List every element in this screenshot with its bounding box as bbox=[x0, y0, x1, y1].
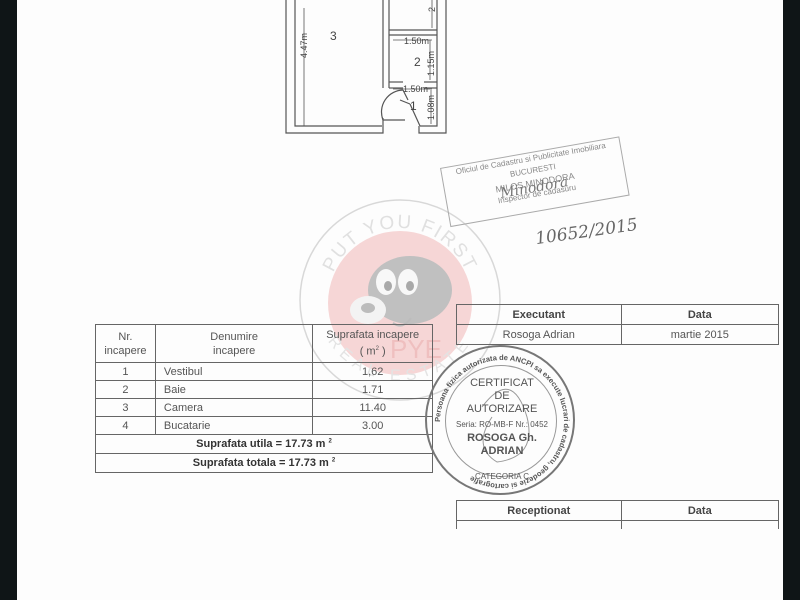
authorization-seal: Persoana fizica autorizata de ANCPI sa e… bbox=[425, 345, 575, 495]
seal-series: Seria: RO-MB-F Nr.: 0452 bbox=[427, 419, 577, 431]
executant-name: Rosoga Adrian bbox=[457, 325, 622, 345]
dim-room3-height: 4.47m bbox=[299, 33, 309, 58]
header-executant: Executant bbox=[457, 305, 622, 325]
total-area-row: Suprafata totala = 17.73 m 2 bbox=[96, 454, 433, 473]
table-row: 3 Camera 11.40 bbox=[96, 399, 433, 417]
seal-de: DE bbox=[427, 390, 577, 402]
room-table-header: Nr.incapere Denumireincapere Suprafata i… bbox=[96, 325, 433, 363]
room-1-label: 1 bbox=[410, 99, 417, 113]
executant-date: martie 2015 bbox=[621, 325, 778, 345]
header-room-area: Suprafata incapere( m2 ) bbox=[313, 325, 433, 363]
seal-name-line2: ADRIAN bbox=[427, 445, 577, 457]
room-2-label: 2 bbox=[414, 55, 421, 69]
dim-top-room-partial: 2 bbox=[427, 7, 437, 12]
header-date: Data bbox=[621, 305, 778, 325]
document-page: 4.47m 3 1.50m 1.15m 2 1.50m 1.08m 1 2 PU… bbox=[0, 0, 800, 600]
header-receptionat-date: Data bbox=[621, 501, 778, 521]
header-room-name: Denumireincapere bbox=[155, 325, 312, 363]
room-3-label: 3 bbox=[330, 29, 337, 43]
table-row: 1 Vestibul 1,62 bbox=[96, 363, 433, 381]
seal-category: CATEGORIA C bbox=[427, 471, 577, 483]
header-receptionat: Receptionat bbox=[457, 501, 622, 521]
dim-room1-height: 1.08m bbox=[426, 95, 436, 120]
seal-name-line1: ROSOGA Gh. bbox=[427, 432, 577, 444]
table-row: 4 Bucatarie 3.00 bbox=[96, 417, 433, 435]
seal-authorization: AUTORIZARE bbox=[427, 403, 577, 415]
room-area-table: Nr.incapere Denumireincapere Suprafata i… bbox=[95, 324, 433, 473]
dim-room1-width: 1.50m bbox=[403, 84, 428, 94]
usable-area-row: Suprafata utila = 17.73 m 2 bbox=[96, 435, 433, 454]
table-row: 2 Baie 1.71 bbox=[96, 381, 433, 399]
dim-room2-height: 1.15m bbox=[426, 51, 436, 76]
receptionat-table: Receptionat Data bbox=[456, 500, 779, 529]
seal-certificate: CERTIFICAT bbox=[427, 377, 577, 389]
header-room-number: Nr.incapere bbox=[96, 325, 156, 363]
dim-room2-width: 1.50m bbox=[404, 36, 429, 46]
executant-table: Executant Data Rosoga Adrian martie 2015 bbox=[456, 304, 779, 345]
